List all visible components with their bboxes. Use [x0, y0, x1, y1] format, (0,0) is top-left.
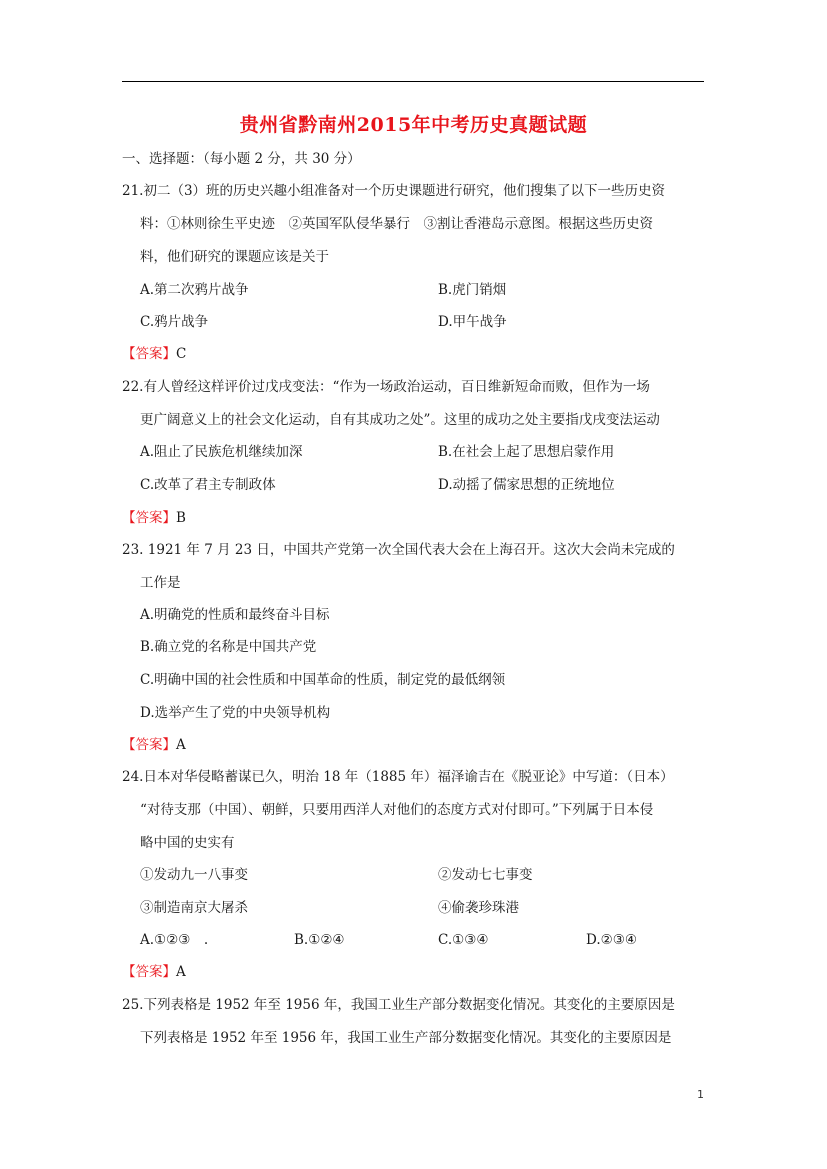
question-stem-line: 下列表格是 1952 年至 1956 年，我国工业生产部分数据变化情况。其变化的…: [140, 1029, 671, 1047]
option-c: C.鸦片战争: [140, 313, 208, 331]
option-b: B.在社会上起了思想启蒙作用: [438, 443, 614, 461]
option-a: A.①②③ .: [140, 931, 208, 949]
header-rule: [122, 81, 704, 82]
option-a: A.明确党的性质和最终奋斗目标: [140, 606, 330, 624]
page-number: 1: [697, 1088, 704, 1101]
question-stem-line: 略中国的史实有: [140, 834, 235, 852]
option-a: A.阻止了民族危机继续加深: [140, 443, 303, 461]
answer-value: A: [176, 964, 186, 980]
answer-tag: 【答案】: [122, 737, 176, 753]
answer-line: 【答案】B: [122, 509, 186, 527]
answer-value: A: [176, 737, 186, 753]
option-b: B.确立党的名称是中国共产党: [140, 638, 316, 656]
question-stem-line: 24.日本对华侵略蓄谋已久，明治 18 年（1885 年）福泽谕吉在《脱亚论》中…: [122, 768, 674, 786]
answer-line: 【答案】A: [122, 963, 186, 981]
question-stem-line: 25.下列表格是 1952 年至 1956 年，我国工业生产部分数据变化情况。其…: [122, 996, 675, 1014]
option-c: C.明确中国的社会性质和中国革命的性质，制定党的最低纲领: [140, 671, 505, 689]
option-d: D.②③④: [586, 931, 637, 949]
question-stem-line: 工作是: [140, 574, 181, 592]
event-item: ③制造南京大屠杀: [140, 899, 248, 917]
option-a: A.第二次鸦片战争: [140, 281, 249, 299]
section-heading: 一、选择题：（每小题 2 分，共 30 分）: [122, 150, 361, 168]
answer-tag: 【答案】: [122, 964, 176, 980]
option-b: B.①②④: [294, 931, 345, 949]
option-d: D.选举产生了党的中央领导机构: [140, 704, 330, 722]
answer-tag: 【答案】: [122, 346, 176, 362]
option-d: D.甲午战争: [438, 313, 507, 331]
answer-value: B: [176, 510, 186, 526]
answer-value: C: [176, 346, 186, 362]
question-stem-line: “对待支那（中国）、朝鲜，只要用西洋人对他们的态度方式对付即可。”下列属于日本侵: [140, 801, 653, 819]
question-stem-line: 更广阔意义上的社会文化运动，自有其成功之处”。这里的成功之处主要指戊戌变法运动: [140, 411, 660, 429]
question-stem-line: 料：①林则徐生平史迹 ②英国军队侵华暴行 ③割让香港岛示意图。根据这些历史资: [140, 215, 653, 233]
option-d: D.动摇了儒家思想的正统地位: [438, 476, 615, 494]
answer-line: 【答案】A: [122, 736, 186, 754]
answer-line: 【答案】C: [122, 345, 186, 363]
question-stem-line: 22.有人曾经这样评价过戊戌变法：“作为一场政治运动，百日维新短命而败，但作为一…: [122, 378, 650, 396]
option-c: C.①③④: [438, 931, 488, 949]
event-item: ①发动九一八事变: [140, 866, 248, 884]
question-stem-line: 料，他们研究的课题应该是关于: [140, 248, 329, 266]
option-c: C.改革了君主专制政体: [140, 476, 276, 494]
document-title: 贵州省黔南州2015年中考历史真题试题: [0, 110, 827, 137]
option-b: B.虎门销烟: [438, 281, 506, 299]
answer-tag: 【答案】: [122, 510, 176, 526]
question-stem-line: 21.初二（3）班的历史兴趣小组准备对一个历史课题进行研究，他们搜集了以下一些历…: [122, 182, 665, 200]
event-item: ④偷袭珍珠港: [438, 899, 519, 917]
question-stem-line: 23. 1921 年 7 月 23 日，中国共产党第一次全国代表大会在上海召开。…: [122, 541, 675, 559]
event-item: ②发动七七事变: [438, 866, 533, 884]
